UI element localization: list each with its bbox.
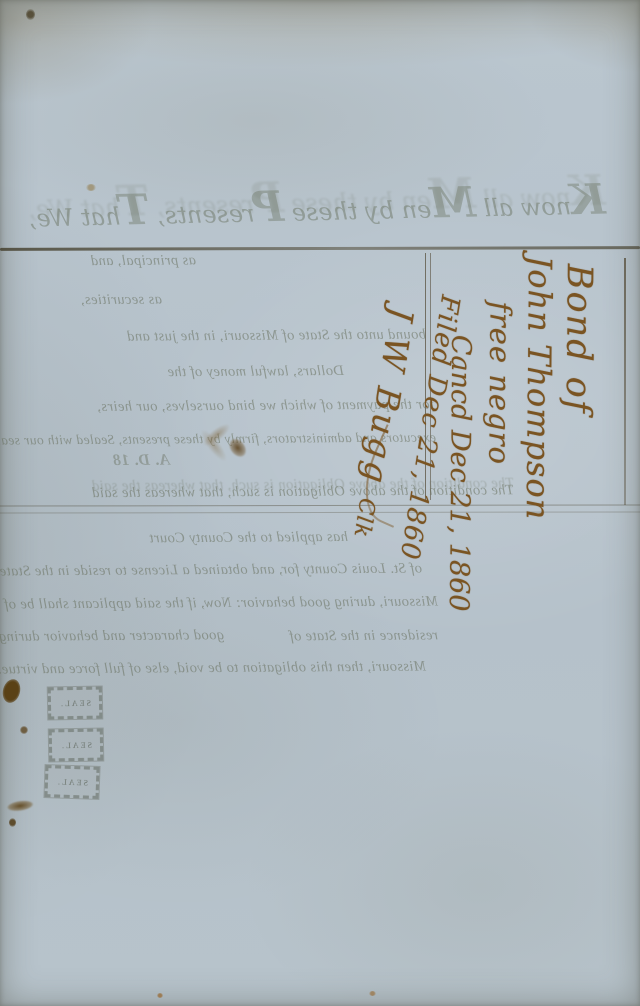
- paper-stain: [26, 9, 35, 20]
- seal-stamp: SEAL.: [44, 765, 99, 799]
- ornate-initial: T: [120, 185, 150, 235]
- bleedthrough-line: A. D. 18: [74, 452, 170, 471]
- heading-text: hat We,: [29, 203, 121, 233]
- top-crease-line: [0, 246, 640, 251]
- paper-stain: [86, 184, 96, 191]
- seal-label: SEAL.: [56, 777, 88, 787]
- ink-stain: [0, 677, 23, 705]
- document-scan: Know all Men by these Presents, That We,…: [0, 0, 640, 1006]
- bleedthrough-line: good character and behavior during: [10, 627, 224, 645]
- heading-text: now all: [476, 192, 572, 222]
- heading-text: resents,: [149, 199, 254, 229]
- ornate-initial: K: [570, 175, 606, 225]
- bleedthrough-line: as principal, and: [28, 252, 196, 270]
- seal-label: SEAL.: [59, 698, 91, 708]
- bleedthrough-line: of St. Louis County for, and obtained a …: [10, 561, 422, 581]
- docket-line: free negro: [478, 301, 520, 647]
- ornate-initial: M: [431, 177, 477, 227]
- bleedthrough-line: Missouri, then this obligation to be voi…: [12, 659, 426, 679]
- bleedthrough-line: Missouri, during good behavior: Now, if …: [10, 594, 438, 614]
- seal-label: SEAL.: [60, 740, 92, 750]
- bleedthrough-heading: Know all Men by these Presents, That We,: [33, 190, 606, 255]
- bleedthrough-line: residence in the State of: [256, 627, 438, 645]
- docket-line: Bond of: [556, 264, 598, 648]
- paper-stain: [369, 991, 376, 996]
- paper-stain: [157, 993, 163, 998]
- seal-stamp: SEAL.: [49, 729, 104, 762]
- bleedthrough-line: Dollars, lawful money of the: [52, 363, 344, 382]
- ink-stain: [9, 818, 16, 827]
- seal-stamp: SEAL.: [48, 687, 103, 720]
- ink-stain: [5, 791, 47, 816]
- docket-frame-right-rule: [624, 258, 626, 505]
- docket-line: John Thompson: [517, 255, 559, 647]
- bleedthrough-line: as securities,: [28, 292, 162, 310]
- bleedthrough-line: has applied to the County Court: [56, 529, 348, 548]
- ornate-initial: P: [254, 182, 285, 232]
- ink-stain: [20, 726, 28, 734]
- heading-text: en by these: [284, 195, 432, 226]
